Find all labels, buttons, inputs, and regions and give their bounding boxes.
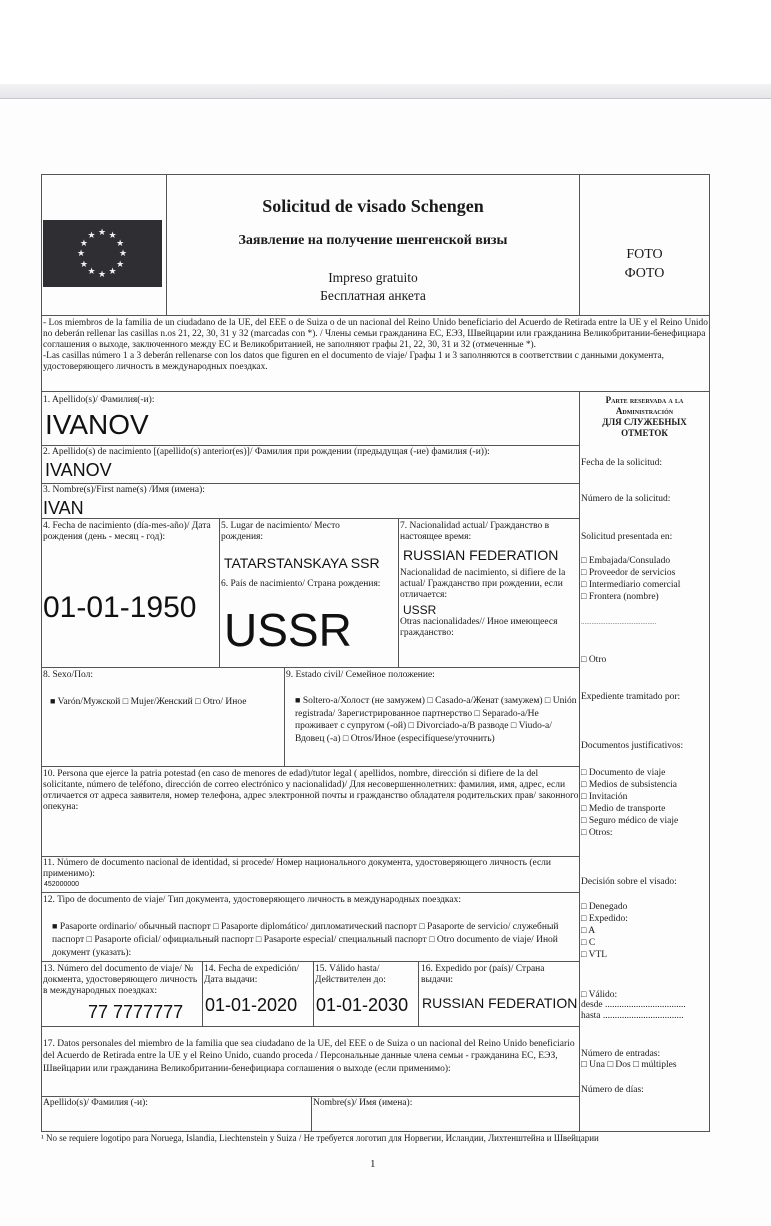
field-11-value[interactable]: 452000000 [44,881,79,888]
admin-visa-decision-options: □ Denegado□ Expedido:□ A□ C□ VTL [581,901,628,961]
field-9-civil-status[interactable]: 9. Estado civil/ Семейное положение: ■ S… [284,667,580,767]
field-16-value[interactable]: RUSSIAN FEDERATION [422,995,577,1011]
admin-entries-options: □ Una □ Dos □ múltiples [581,1060,677,1071]
admin-other-option: □ Otro [581,654,606,666]
admin-checkbox-option: □ Denegado [581,901,628,913]
field-15-value[interactable]: 01-01-2030 [316,995,408,1016]
field-7-birth-value[interactable]: USSR [403,603,436,617]
checkbox-option[interactable]: ■ Varón/Мужской [50,697,123,707]
checkbox-unchecked-icon: □ [581,654,586,664]
star-icon: ★ [77,249,85,258]
instructions-notice: - Los miembros de la familia de un ciuda… [41,315,710,392]
field-4-label: 4. Fecha de nacimiento (día-mes-año)/ Да… [43,521,215,543]
field-12-label: 12. Tipo de documento de viaje/ Тип доку… [43,895,461,906]
field-10-legal-guardian[interactable]: 10. Persona que ejerce la patria potesta… [41,766,580,857]
free-form-ru: Бесплатная анкета [167,288,579,304]
admin-heading-line: Parte reservada a la [580,395,709,406]
checkbox-unchecked-icon: □ [581,827,586,837]
checkbox-unchecked-icon: □ [581,555,586,565]
photo-cell: FOTO ФОТО [579,174,710,316]
field-11-label: 11. Número de documento nacional de iden… [43,858,563,880]
admin-checkbox-option: □ Expedido: [581,913,628,925]
field-4-birth-date[interactable]: 4. Fecha de nacimiento (día-mes-año)/ Да… [41,518,220,668]
page-number: 1 [370,1158,376,1170]
admin-checkbox-option: □ Intermediario comercial [581,579,680,591]
field-6-value[interactable]: USSR [224,605,352,655]
header-title-cell: Solicitud de visado Schengen Заявление н… [166,174,580,316]
field-12-options[interactable]: ■ Pasaporte ordinario/ обычный паспорт □… [52,920,572,959]
checkbox-option[interactable]: ■ Pasaporte ordinario/ обычный паспорт [52,922,213,932]
admin-visa-decision: Decisión sobre el visado: [581,877,677,888]
star-icon: ★ [98,270,106,279]
checkbox-unchecked-icon[interactable]: □ [343,733,348,743]
star-icon: ★ [88,267,96,276]
checkbox-unchecked-icon: □ [581,815,586,825]
field-12-document-type[interactable]: 12. Tipo de documento de viaje/ Тип доку… [41,892,580,962]
checkbox-unchecked-icon: □ [581,803,586,813]
field-16-label: 16. Expedido por (país)/ Страна выдачи: [421,964,561,986]
field-6-label: 6. País de nacimiento/ Страна рождения: [221,579,381,590]
star-icon: ★ [109,267,117,276]
checkbox-unchecked-icon: □ [581,949,586,959]
checkbox-option[interactable]: □ Otro/ Иное [195,697,246,707]
field-15-label: 15. Válido hasta/ Действителен до: [315,964,415,986]
checkbox-unchecked-icon: □ [581,767,586,777]
checkbox-unchecked-icon: □ [581,901,586,911]
admin-supporting-docs-options: □ Documento de viaje□ Medios de subsiste… [581,767,678,839]
field-17-label: 17. Datos personales del miembro de la f… [43,1038,580,1075]
checkbox-unchecked-icon[interactable]: □ [409,720,414,730]
field-1-label: 1. Apellido(s)/ Фамилия(-и): [43,395,155,406]
field-17-surname[interactable]: Apellido(s)/ Фамилия (-и): [41,1096,312,1132]
admin-checkbox-option: □ Embajada/Consulado [581,555,680,567]
field-14-value[interactable]: 01-01-2020 [205,995,297,1016]
checkbox-unchecked-icon[interactable]: □ [474,708,479,718]
form-title-ru: Заявление на получение шенгенской визы [167,233,579,249]
field-13-value[interactable]: 77 7777777 [88,1002,183,1023]
checkbox-checked-icon[interactable]: ■ [295,695,300,705]
checkbox-option[interactable]: □ Casado-a/Женат (замужем) [427,696,545,706]
field-3-first-name[interactable]: 3. Nombre(s)/First name(s) /Имя (имена):… [41,483,580,519]
star-icon: ★ [116,260,124,269]
admin-checkbox-option: □ Documento de viaje [581,767,678,779]
checkbox-unchecked-icon: □ [581,925,586,935]
checkbox-option[interactable]: □ Otros/Иное (especifíquese/уточнить) [343,734,495,744]
field-8-label: 8. Sexo/Пол: [43,670,93,681]
field-1-surname[interactable]: 1. Apellido(s)/ Фамилия(-и): IVANOV [41,391,580,446]
checkbox-unchecked-icon[interactable]: □ [427,695,432,705]
admin-valid-until: hasta .................................. [581,1011,684,1022]
checkbox-option[interactable]: □ Pasaporte oficial/ официальный паспорт [87,935,256,945]
field-7-nationality[interactable]: 7. Nacionalidad actual/ Гражданство в на… [398,518,580,668]
field-7-label: 7. Nacionalidad actual/ Гражданство в на… [400,521,578,543]
field-2-birth-surname[interactable]: 2. Apellido(s) de nacimiento [(apellido(… [41,445,580,484]
field-7-birth-label: Nacionalidad de nacimiento, si difiere d… [400,568,578,601]
admin-heading-line: ДЛЯ СЛУЖЕБНЫХ [580,417,709,428]
checkbox-unchecked-icon[interactable]: □ [195,696,200,706]
admin-checkbox-option: □ Seguro médico de viaje [581,815,678,827]
checkbox-unchecked-icon[interactable]: □ [256,934,261,944]
checkbox-unchecked-icon: □ [581,779,586,789]
admin-checkbox-option: □ Otros: [581,827,678,839]
checkbox-unchecked-icon[interactable]: □ [213,921,218,931]
checkbox-unchecked-icon: □ [581,591,586,601]
field-17-name[interactable]: Nombre(s)/ Имя (имена): [311,1096,580,1132]
photo-label-ru: ФОТО [580,266,709,282]
admin-checkbox-option: □ Otro [581,654,606,666]
field-17-name-label: Nombre(s)/ Имя (имена): [313,1098,412,1109]
field-9-label: 9. Estado civil/ Семейное положение: [286,670,435,681]
admin-application-date: Fecha de la solicitud: [581,458,662,469]
checkbox-unchecked-icon: □ [581,989,586,999]
admin-submitted-options: □ Embajada/Consulado□ Proveedor de servi… [581,555,680,603]
field-17-surname-label: Apellido(s)/ Фамилия (-и): [43,1098,148,1109]
admin-checkbox-option: □ Medio de transporte [581,803,678,815]
admin-application-number: Número de la solicitud: [581,494,670,505]
field-5-6-birthplace[interactable]: 5. Lugar de nacimiento/ Место рождения: … [219,518,399,668]
admin-processed-by: Expediente tramitado por: [581,692,680,703]
admin-checkbox-option: □ Medios de subsistencia [581,779,678,791]
checkbox-unchecked-icon: □ [581,579,586,589]
field-5-label: 5. Lugar de nacimiento/ Место рождения: [221,521,381,543]
notice-line-1: - Los miembros de la familia de un ciuda… [43,318,708,351]
field-17-family-member: 17. Datos personales del miembro de la f… [41,1026,580,1097]
checkbox-option[interactable]: □ Pasaporte diplomático/ дипломатический… [213,922,419,932]
checkbox-unchecked-icon: □ [581,791,586,801]
admin-checkbox-option: □ A [581,925,628,937]
admin-checkbox-option: □ Frontera (nombre) [581,591,680,603]
field-15-valid-until[interactable]: 15. Válido hasta/ Действителен до: 01-01… [313,961,419,1027]
free-form-es: Impreso gratuito [167,270,579,286]
field-13-label: 13. Número del documento de viaje/ № док… [43,964,201,997]
field-3-label: 3. Nombre(s)/First name(s) /Имя (имена): [43,485,205,496]
field-11-national-id[interactable]: 11. Número de documento nacional de iden… [41,856,580,893]
field-9-options[interactable]: ■ Soltero-a/Холост (не замужем) □ Casado… [295,695,577,745]
checkbox-option[interactable]: ■ Soltero-a/Холост (не замужем) [295,696,427,706]
viewer-toolbar-band [0,84,771,99]
star-icon: ★ [88,231,96,240]
admin-border-dots: ........................................… [581,617,656,628]
admin-submitted-at: Solicitud presentada en: [581,532,672,543]
checkbox-checked-icon[interactable]: ■ [52,921,57,931]
field-7-value[interactable]: RUSSIAN FEDERATION [403,547,558,563]
field-16-issued-by[interactable]: 16. Expedido por (país)/ Страна выдачи: … [418,961,580,1027]
field-13-document-number[interactable]: 13. Número del documento de viaje/ № док… [41,961,203,1027]
field-3-value[interactable]: IVAN [43,498,84,519]
star-icon: ★ [119,249,127,258]
star-icon: ★ [80,260,88,269]
admin-valid-from: desde .................................. [581,1000,686,1011]
checkbox-unchecked-icon[interactable]: □ [429,934,434,944]
field-1-value[interactable]: IVANOV [45,409,149,441]
admin-heading-line: ОТМЕТОК [580,428,709,439]
eu-flag-icon: ★★★★★★★★★★★★ [43,220,162,287]
admin-checkbox-option: □ Proveedor de servicios [581,567,680,579]
star-icon: ★ [80,239,88,248]
admin-checkbox-option: □ Invitación [581,791,678,803]
field-7-other-label: Otras nacionalidades// Иное имеющееся гр… [400,617,578,639]
admin-heading: Parte reservada a laAdministraciónДЛЯ СЛ… [580,395,709,439]
checkbox-unchecked-icon: □ [581,937,586,947]
field-2-label: 2. Apellido(s) de nacimiento [(apellido(… [43,447,490,458]
field-5-value[interactable]: TATARSTANSKAYA SSR [224,555,380,571]
admin-checkbox-option: □ C [581,937,628,949]
field-14-issue-date[interactable]: 14. Fecha de expedición/ Дата выдачи: 01… [202,961,314,1027]
checkbox-unchecked-icon: □ [581,913,586,923]
checkbox-option[interactable]: □ Pasaporte especial/ специальный паспор… [256,935,429,945]
star-icon: ★ [116,239,124,248]
checkbox-unchecked-icon: □ [581,567,586,577]
field-8-options[interactable]: ■ Varón/Мужской □ Mujer/Женский □ Otro/ … [50,696,286,708]
field-14-label: 14. Fecha de expedición/ Дата выдачи: [204,964,314,986]
notice-line-2: -Las casillas número 1 a 3 deberán relle… [43,351,708,373]
checkbox-unchecked-icon[interactable]: □ [545,695,550,705]
admin-days: Número de días: [581,1085,644,1096]
footnote: ¹ No se requiere logotipo para Noruega, … [41,1133,741,1144]
checkbox-unchecked-icon[interactable]: □ [511,720,516,730]
checkbox-checked-icon[interactable]: ■ [50,696,55,706]
field-2-value[interactable]: IVANOV [45,460,112,481]
admin-supporting-docs: Documentos justificativos: [581,741,683,752]
checkbox-option[interactable]: □ Divorciado-a/В разводе [409,721,511,731]
field-10-label: 10. Persona que ejerce la patria potesta… [43,769,580,813]
checkbox-unchecked-icon[interactable]: □ [419,921,424,931]
checkbox-unchecked-icon[interactable]: □ [123,696,128,706]
admin-checkbox-option: □ VTL [581,949,628,961]
photo-label-es: FOTO [580,247,709,263]
field-4-value[interactable]: 01-01-1950 [43,591,196,625]
star-icon: ★ [98,228,106,237]
field-8-sex[interactable]: 8. Sexo/Пол: ■ Varón/Мужской □ Mujer/Жен… [41,667,285,767]
checkbox-unchecked-icon[interactable]: □ [87,934,92,944]
admin-section: Parte reservada a laAdministraciónДЛЯ СЛ… [579,391,710,1132]
admin-entries: Número de entradas: [581,1049,660,1060]
checkbox-option[interactable]: □ Mujer/Женский [123,697,195,707]
form-title-es: Solicitud de visado Schengen [167,196,579,217]
admin-heading-line: Administración [580,406,709,417]
